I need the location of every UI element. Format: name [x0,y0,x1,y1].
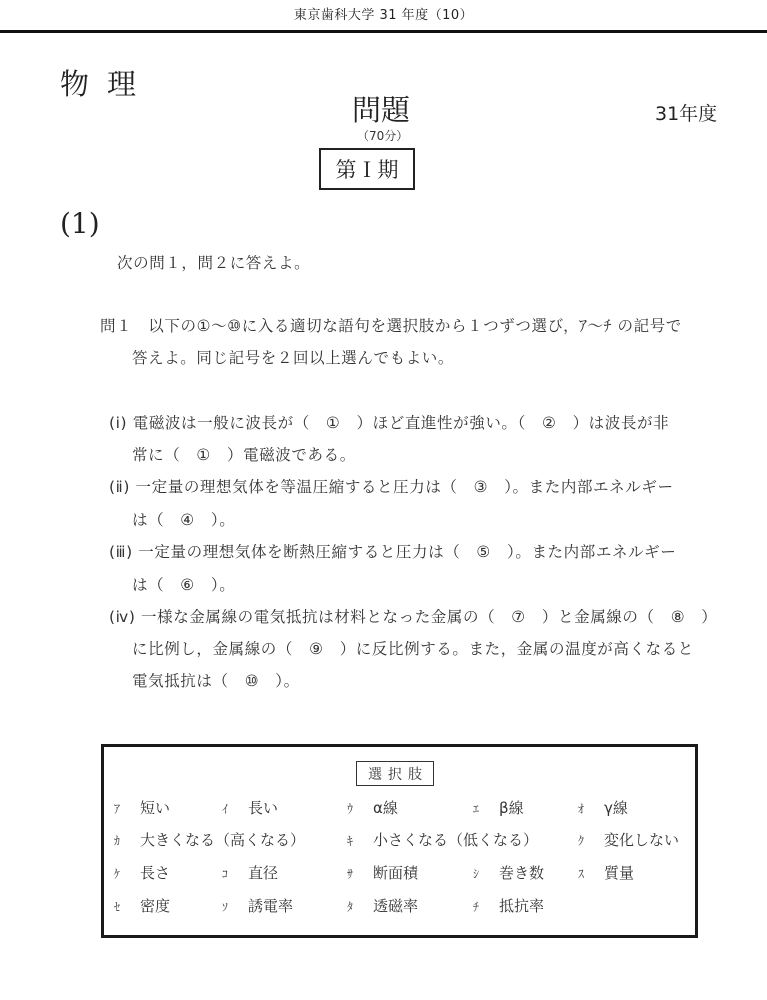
header-rule [0,30,767,33]
choice-su: ｽ質量 [578,862,634,883]
page-title: 問題 [352,88,410,129]
item-ii-line2: は（ ④ ）。 [132,508,235,530]
exam-year: 31年度 [655,99,717,126]
choice-key: ｻ [347,865,373,882]
section-lead: 次の問１，問２に答えよ。 [117,251,310,273]
choice-o: ｵγ線 [578,797,628,818]
choice-text: 小さくなる（低くなる） [373,831,538,849]
choice-ke: ｹ長さ [114,862,170,883]
choice-text: 断面積 [373,864,418,882]
choice-shi: ｼ巻き数 [473,862,544,883]
choice-key: ｶ [114,832,140,849]
choice-key: ｲ [222,800,248,817]
choice-e: ｴβ線 [473,797,524,818]
choice-key: ｵ [578,800,604,817]
choice-text: 密度 [140,897,170,915]
choice-text: 質量 [604,864,634,882]
choice-chi: ﾁ抵抗率 [473,895,544,916]
choice-key: ｾ [114,898,140,915]
choice-key: ﾁ [473,898,499,915]
choice-se: ｾ密度 [114,895,170,916]
choice-ta: ﾀ透磁率 [347,895,418,916]
item-iv-line1: (ⅳ) 一様な金属線の電気抵抗は材料となった金属の（ ⑦ ）と金属線の（ ⑧ ） [109,605,717,627]
choice-text: 抵抗率 [499,897,544,915]
item-ii-line1: (ⅱ) 一定量の理想気体を等温圧縮すると圧力は（ ③ ）。また内部エネルギー [109,475,674,497]
exam-period: 第Ｉ期 [336,154,399,184]
item-iv-line2: に比例し，金属線の（ ⑨ ）に反比例する。また，金属の温度が高くなると [132,637,694,659]
choice-key: ｳ [347,800,373,817]
exam-period-box: 第Ｉ期 [319,148,415,190]
choice-sa: ｻ断面積 [347,862,418,883]
choice-key: ｽ [578,865,604,882]
choice-ka: ｶ大きくなる（高くなる） [114,829,305,850]
choice-text: 長い [248,799,278,817]
choice-text: 巻き数 [499,864,544,882]
item-iv-line3: 電気抵抗は（ ⑩ ）。 [132,669,300,691]
choice-so: ｿ誘電率 [222,895,293,916]
choices-label: 選択肢 [356,761,434,786]
exam-duration: （70分） [357,127,408,144]
choice-text: 長さ [140,864,170,882]
question1-line2: 答えよ。同じ記号を２回以上選んでもよい。 [132,346,454,368]
choice-key: ｼ [473,865,499,882]
question1-line1: 問１ 以下の①〜⑩に入る適切な語句を選択肢から１つずつ選び，ｱ〜ﾁ の記号で [100,314,682,336]
choice-ki: ｷ小さくなる（低くなる） [347,829,538,850]
choice-text: 変化しない [604,831,679,849]
item-i-line2: 常に（ ① ）電磁波である。 [132,443,356,465]
choice-key: ｹ [114,865,140,882]
choice-a: ｱ短い [114,797,170,818]
choice-text: 透磁率 [373,897,418,915]
item-i-line1: (ⅰ) 電磁波は一般に波長が（ ① ）ほど直進性が強い。（ ② ）は波長が非 [109,411,669,433]
subject-title: 物理 [60,62,154,103]
choice-text: 短い [140,799,170,817]
choice-text: γ線 [604,799,628,817]
running-head: 東京歯科大学 31 年度（10） [0,4,767,23]
choice-text: 大きくなる（高くなる） [140,831,305,849]
section-number: (1) [60,207,100,240]
choice-i: ｲ長い [222,797,278,818]
choice-key: ｱ [114,800,140,817]
choice-ku: ｸ変化しない [578,829,679,850]
choice-text: 誘電率 [248,897,293,915]
choice-key: ｺ [222,865,248,882]
choice-ko: ｺ直径 [222,862,278,883]
choice-key: ｿ [222,898,248,915]
choice-text: α線 [373,799,398,817]
choice-key: ｷ [347,832,373,849]
choice-key: ﾀ [347,898,373,915]
item-iii-line1: (ⅲ) 一定量の理想気体を断熱圧縮すると圧力は（ ⑤ ）。また内部エネルギー [109,540,676,562]
choice-key: ｴ [473,800,499,817]
item-iii-line2: は（ ⑥ ）。 [132,573,235,595]
choice-text: β線 [499,799,524,817]
choice-text: 直径 [248,864,278,882]
choice-u: ｳα線 [347,797,398,818]
choice-key: ｸ [578,832,604,849]
